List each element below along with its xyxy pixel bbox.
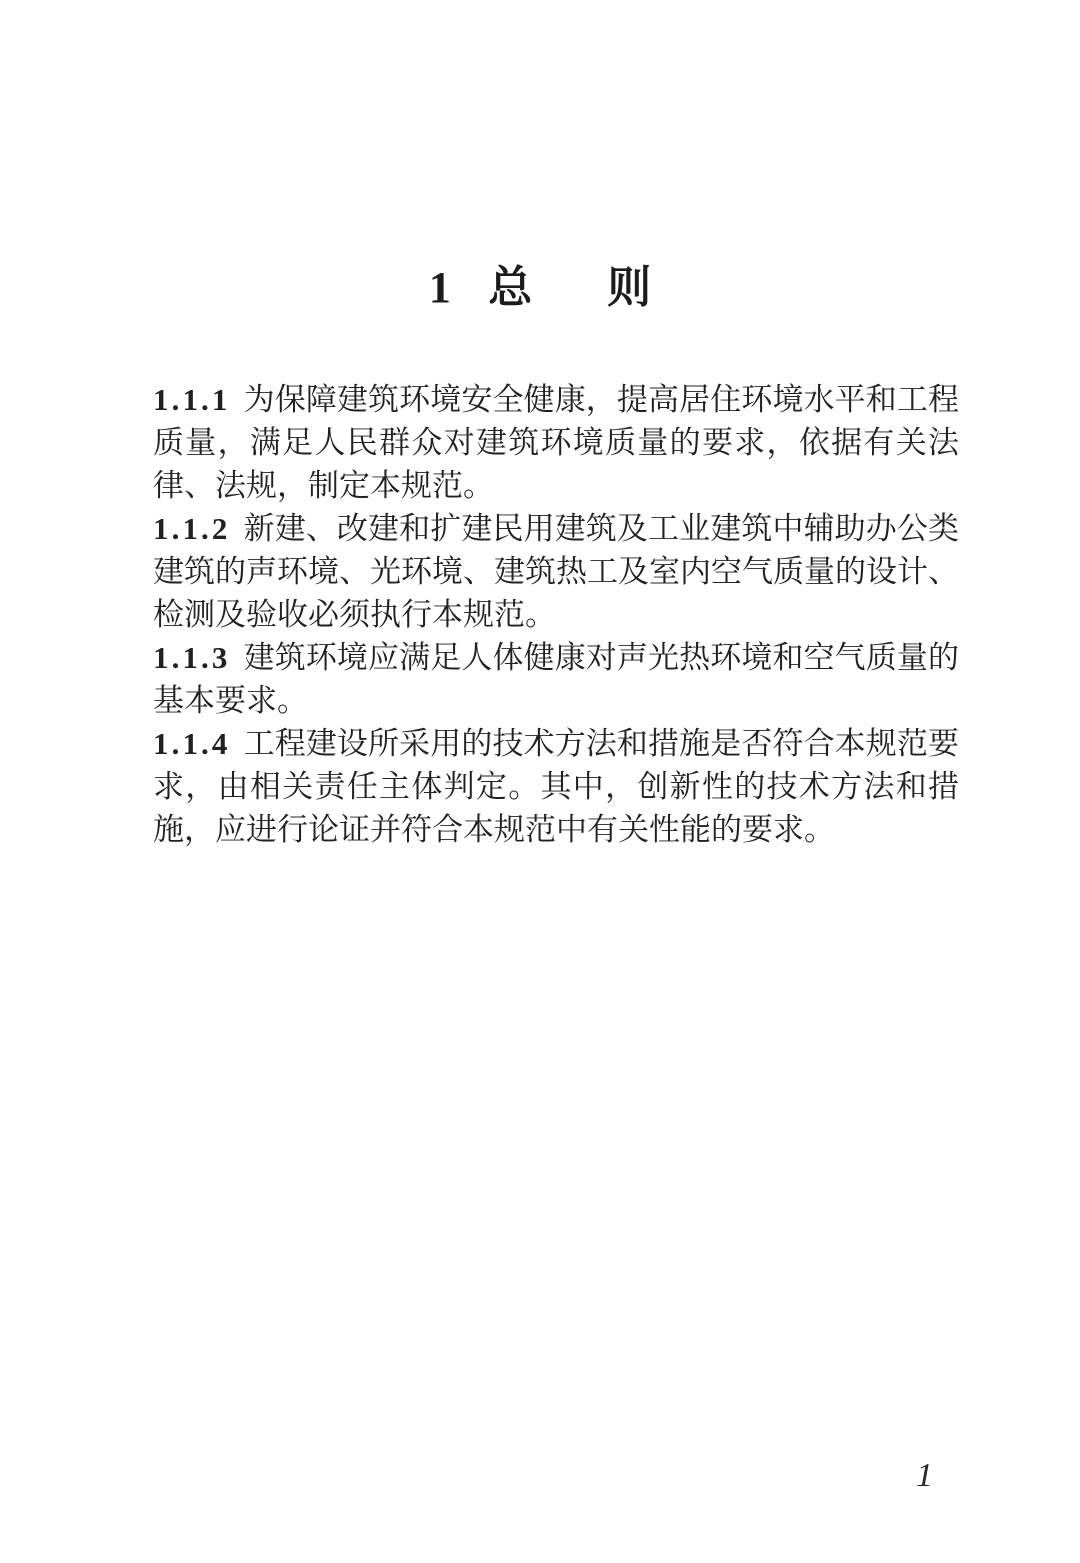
chapter-title: 总则 [488,264,726,312]
chapter-heading: 1总则 [0,0,1080,312]
clause-number: 1.1.1 [153,382,231,417]
clause-text: 为保障建筑环境安全健康，提高居住环境水平和工程质量，满足人民群众对建筑环境质量的… [153,382,959,503]
document-page: 1总则 1.1.1为保障建筑环境安全健康，提高居住环境水平和工程质量，满足人民群… [0,0,1080,1563]
clause-list: 1.1.1为保障建筑环境安全健康，提高居住环境水平和工程质量，满足人民群众对建筑… [153,378,959,851]
clause: 1.1.3建筑环境应满足人体健康对声光热环境和空气质量的基本要求。 [153,636,959,722]
chapter-number: 1 [429,264,451,312]
clause-text: 新建、改建和扩建民用建筑及工业建筑中辅助办公类建筑的声环境、光环境、建筑热工及室… [153,511,959,632]
clause-number: 1.1.2 [153,511,231,546]
clause: 1.1.2新建、改建和扩建民用建筑及工业建筑中辅助办公类建筑的声环境、光环境、建… [153,507,959,636]
clause-text: 建筑环境应满足人体健康对声光热环境和空气质量的基本要求。 [153,640,959,718]
clause: 1.1.4工程建设所采用的技术方法和措施是否符合本规范要求，由相关责任主体判定。… [153,722,959,851]
clause: 1.1.1为保障建筑环境安全健康，提高居住环境水平和工程质量，满足人民群众对建筑… [153,378,959,507]
clause-number: 1.1.3 [153,640,231,675]
clause-text: 工程建设所采用的技术方法和措施是否符合本规范要求，由相关责任主体判定。其中，创新… [153,726,959,847]
clause-number: 1.1.4 [153,726,231,761]
page-number: 1 [916,1459,933,1493]
